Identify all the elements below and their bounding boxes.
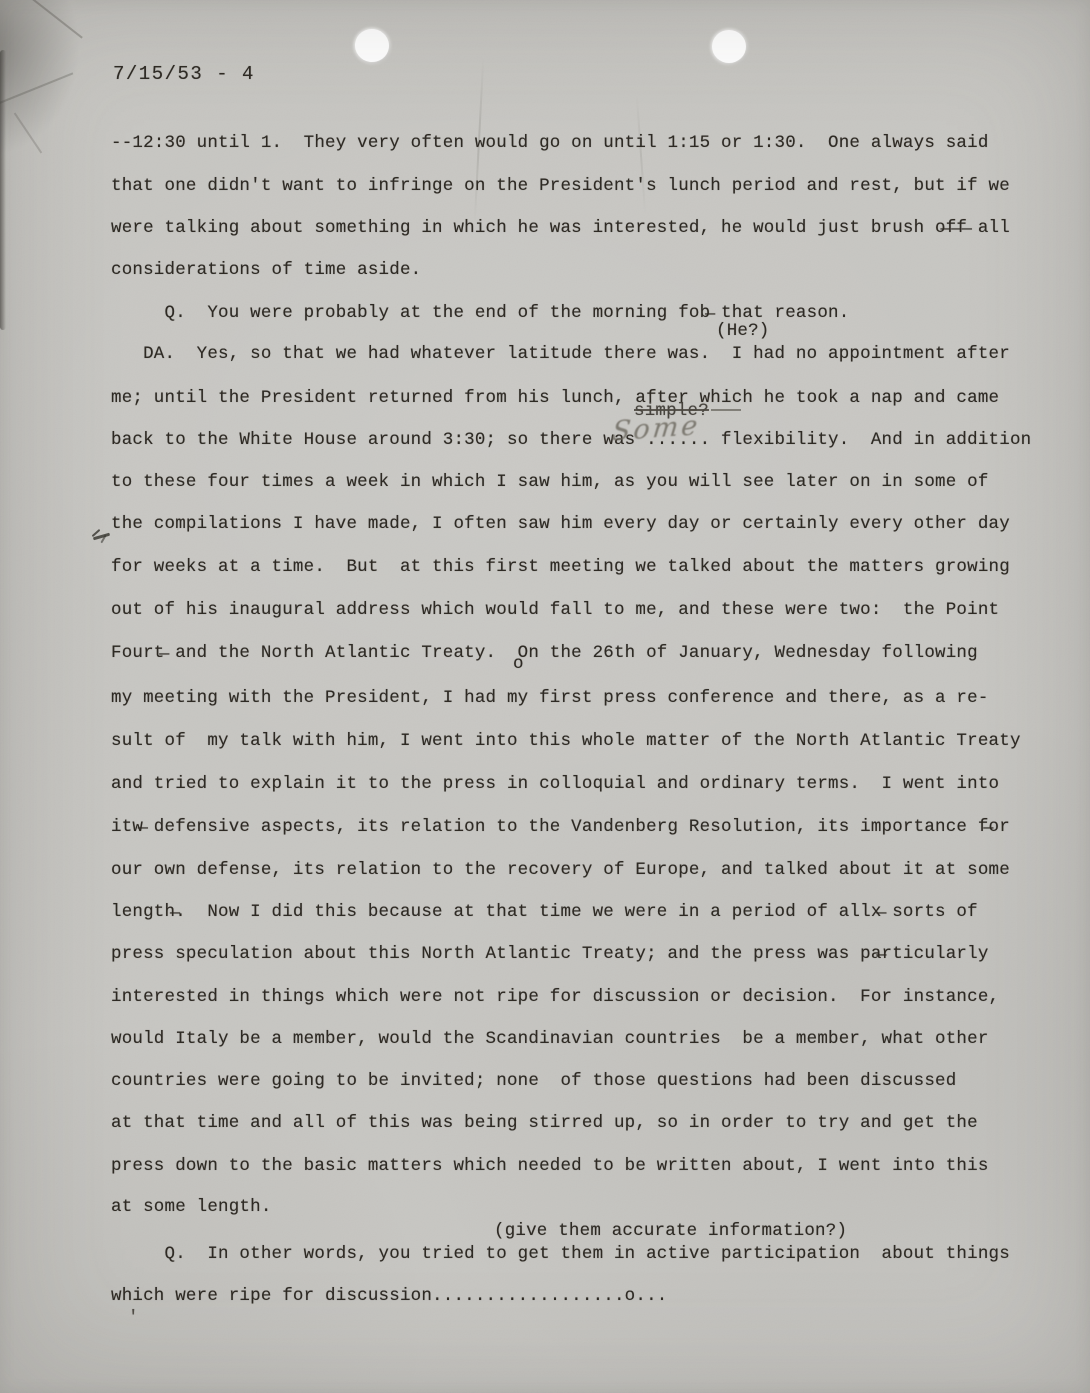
text-line: interested in things which were not ripe… xyxy=(111,987,999,1009)
margin-pencil-mark xyxy=(90,528,114,546)
paper-crease xyxy=(14,113,42,154)
text-line: press speculation about this North Atlan… xyxy=(111,944,989,966)
text-line: considerations of time aside. xyxy=(111,260,421,282)
text-line: at some length. xyxy=(111,1197,272,1219)
text-line: sult of my talk with him, I went into th… xyxy=(111,731,1021,753)
text-line: --12:30 until 1. They very often would g… xyxy=(111,133,989,155)
text-line: length̶. Now I did this because at that … xyxy=(111,902,978,924)
text-line: would Italy be a member, would the Scand… xyxy=(111,1029,989,1051)
paper-corner-shadow xyxy=(0,0,170,200)
text-line: were talking about something in which he… xyxy=(111,218,1010,240)
text-line: back to the White House around 3:30; so … xyxy=(111,430,1031,452)
paper-crease xyxy=(23,0,83,39)
text-line: Q. In other words, you tried to get them… xyxy=(111,1244,1010,1266)
text-line: for weeks at a time. But at this first m… xyxy=(111,557,1010,579)
text-line: our own defense, its relation to the rec… xyxy=(111,860,1010,882)
text-line: at that time and all of this was being s… xyxy=(111,1113,978,1135)
handwritten-some: Some xyxy=(610,409,702,449)
stray-mark: ' xyxy=(128,1308,139,1330)
paper-sheet: 7/15/53 - 4 --12:30 until 1. They very o… xyxy=(0,0,1090,1393)
text-line: me; until the President returned from hi… xyxy=(111,388,999,410)
text-line: press down to the basic matters which ne… xyxy=(111,1156,989,1178)
interline-he: (He?) xyxy=(716,321,770,343)
paper-crease xyxy=(0,72,73,105)
typo-correction-o: o xyxy=(513,654,524,676)
punch-hole-right xyxy=(712,30,746,63)
text-line: (give them accurate information?) xyxy=(494,1221,847,1243)
text-line: countries were going to be invited; none… xyxy=(111,1071,956,1093)
text-line: which were ripe for discussion..........… xyxy=(111,1286,668,1308)
text-line: itw̶ defensive aspects, its relation to … xyxy=(111,817,1010,839)
text-line: DA. Yes, so that we had whatever latitud… xyxy=(111,344,1010,366)
paper-torn-edge xyxy=(0,50,6,330)
text-line: that one didn't want to infringe on the … xyxy=(111,176,1010,198)
text-line: my meeting with the President, I had my … xyxy=(111,688,989,710)
text-line: and tried to explain it to the press in … xyxy=(111,774,999,796)
page-header-date: 7/15/53 - 4 xyxy=(113,63,255,87)
text-line: to these four times a week in which I sa… xyxy=(111,472,989,494)
text-line: the compilations I have made, I often sa… xyxy=(111,514,1010,536)
punch-hole-left xyxy=(353,27,391,64)
text-line: Fourt̶ and the North Atlantic Treaty. On… xyxy=(111,643,978,665)
text-line: out of his inaugural address which would… xyxy=(111,600,999,622)
